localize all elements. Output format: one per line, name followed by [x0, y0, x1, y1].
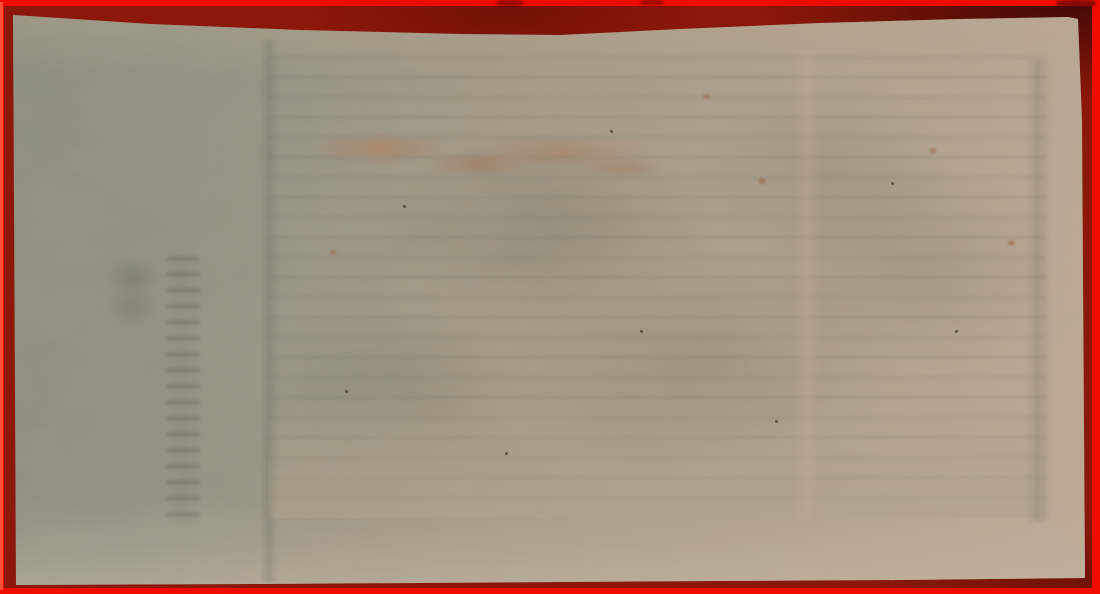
banknote-reverse [0, 0, 1100, 594]
frame-highlight-line [0, 2, 3, 590]
mat-smudge [496, 0, 524, 6]
mat-smudge [640, 0, 664, 5]
photo-frame [0, 0, 1100, 594]
paper-grain-texture [0, 0, 1100, 594]
mat-smudge [1056, 0, 1096, 7]
